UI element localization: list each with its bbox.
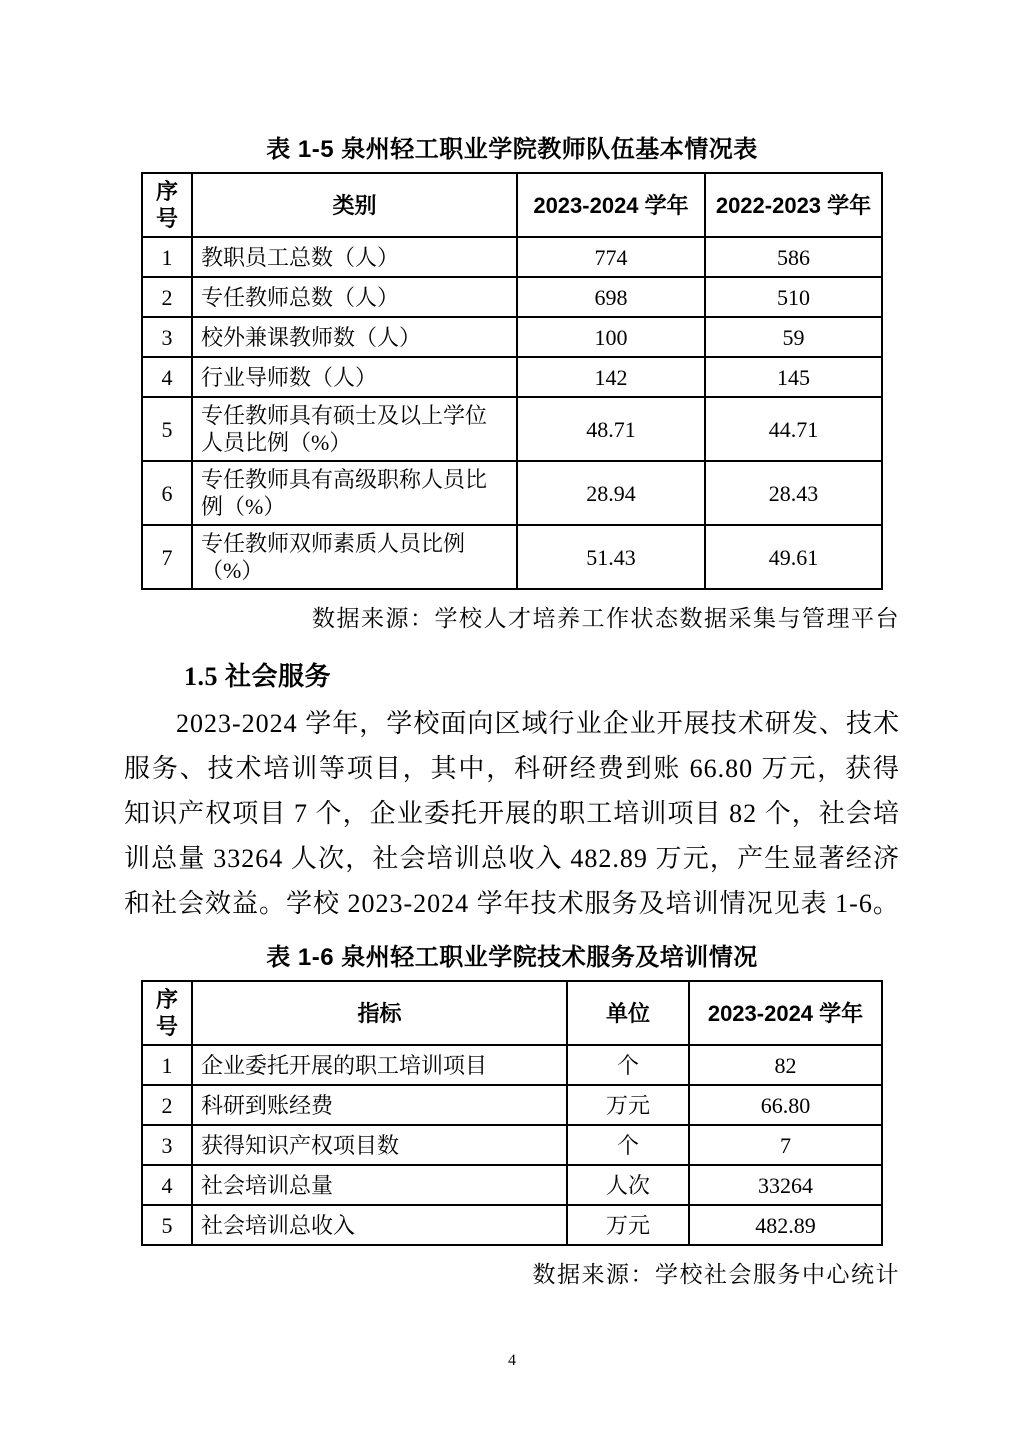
table2-service-stats: 序号 指标 单位 2023-2024 学年 1 企业委托开展的职工培训项目 个 … [141,980,883,1246]
table-cell: 28.43 [705,461,882,525]
table-cell: 49.61 [705,525,882,589]
table-cell: 2 [142,1085,192,1125]
table-row: 4 社会培训总量 人次 33264 [142,1165,882,1205]
table-row: 1 企业委托开展的职工培训项目 个 82 [142,1045,882,1085]
table-cell: 4 [142,357,192,397]
table-cell: 社会培训总收入 [192,1205,567,1245]
table-cell: 专任教师具有硕士及以上学位人员比例（%） [192,397,517,461]
table-row: 6 专任教师具有高级职称人员比例（%） 28.94 28.43 [142,461,882,525]
table-row: 7 专任教师双师素质人员比例（%） 51.43 49.61 [142,525,882,589]
table-cell: 专任教师双师素质人员比例（%） [192,525,517,589]
table-cell: 100 [517,317,705,357]
table-cell: 6 [142,461,192,525]
table-cell: 59 [705,317,882,357]
table-cell: 5 [142,397,192,461]
table-row: 2 科研到账经费 万元 66.80 [142,1085,882,1125]
table-cell: 82 [689,1045,882,1085]
table-cell: 校外兼课教师数（人） [192,317,517,357]
table-cell: 教职员工总数（人） [192,237,517,277]
table-row: 3 获得知识产权项目数 个 7 [142,1125,882,1165]
table-cell: 人次 [567,1165,689,1205]
table-cell: 7 [689,1125,882,1165]
table-cell: 774 [517,237,705,277]
table-cell: 专任教师具有高级职称人员比例（%） [192,461,517,525]
table-cell: 企业委托开展的职工培训项目 [192,1045,567,1085]
table1-header-year-2023: 2023-2024 学年 [517,173,705,237]
table2-header-year-2023: 2023-2024 学年 [689,981,882,1045]
table-cell: 28.94 [517,461,705,525]
table-cell: 33264 [689,1165,882,1205]
section-heading: 1.5 社会服务 [124,656,900,693]
table-cell: 1 [142,1045,192,1085]
table-cell: 个 [567,1045,689,1085]
table-row: 4 行业导师数（人） 142 145 [142,357,882,397]
table-cell: 66.80 [689,1085,882,1125]
table-cell: 获得知识产权项目数 [192,1125,567,1165]
table1-header-row: 序号 类别 2023-2024 学年 2022-2023 学年 [142,173,882,237]
table-row: 5 专任教师具有硕士及以上学位人员比例（%） 48.71 44.71 [142,397,882,461]
table2-header-row: 序号 指标 单位 2023-2024 学年 [142,981,882,1045]
table-cell: 3 [142,317,192,357]
table2-source: 数据来源：学校社会服务中心统计 [124,1260,900,1290]
page-number: 4 [0,1352,1024,1370]
page-content: 表 1-5 泉州轻工职业学院教师队伍基本情况表 序号 类别 2023-2024 … [124,0,900,1290]
table-cell: 510 [705,277,882,317]
table1-source: 数据来源：学校人才培养工作状态数据采集与管理平台 [124,604,900,634]
table-row: 1 教职员工总数（人） 774 586 [142,237,882,277]
table-cell: 48.71 [517,397,705,461]
table1-header-category: 类别 [192,173,517,237]
table-cell: 社会培训总量 [192,1165,567,1205]
table-cell: 5 [142,1205,192,1245]
table-cell: 万元 [567,1085,689,1125]
table2-header-indicator: 指标 [192,981,567,1045]
table-cell: 586 [705,237,882,277]
table-cell: 3 [142,1125,192,1165]
table1-header-year-2022: 2022-2023 学年 [705,173,882,237]
table-cell: 2 [142,277,192,317]
table-cell: 51.43 [517,525,705,589]
table-cell: 7 [142,525,192,589]
table-cell: 行业导师数（人） [192,357,517,397]
table-cell: 698 [517,277,705,317]
table2-header-unit: 单位 [567,981,689,1045]
table-cell: 1 [142,237,192,277]
table-row: 5 社会培训总收入 万元 482.89 [142,1205,882,1245]
table1-header-index: 序号 [142,173,192,237]
table-row: 2 专任教师总数（人） 698 510 [142,277,882,317]
table-cell: 专任教师总数（人） [192,277,517,317]
table1-teacher-stats: 序号 类别 2023-2024 学年 2022-2023 学年 1 教职员工总数… [141,172,883,590]
body-paragraph: 2023-2024 学年，学校面向区域行业企业开展技术研发、技术服务、技术培训等… [124,701,900,926]
table2-header-index: 序号 [142,981,192,1045]
table-cell: 145 [705,357,882,397]
table1-caption: 表 1-5 泉州轻工职业学院教师队伍基本情况表 [124,134,900,166]
table2-caption: 表 1-6 泉州轻工职业学院技术服务及培训情况 [124,942,900,974]
table-cell: 4 [142,1165,192,1205]
table-cell: 个 [567,1125,689,1165]
table-cell: 482.89 [689,1205,882,1245]
table-cell: 44.71 [705,397,882,461]
table-cell: 142 [517,357,705,397]
table-cell: 科研到账经费 [192,1085,567,1125]
document-page: 表 1-5 泉州轻工职业学院教师队伍基本情况表 序号 类别 2023-2024 … [0,0,1024,1448]
table-cell: 万元 [567,1205,689,1245]
table-row: 3 校外兼课教师数（人） 100 59 [142,317,882,357]
